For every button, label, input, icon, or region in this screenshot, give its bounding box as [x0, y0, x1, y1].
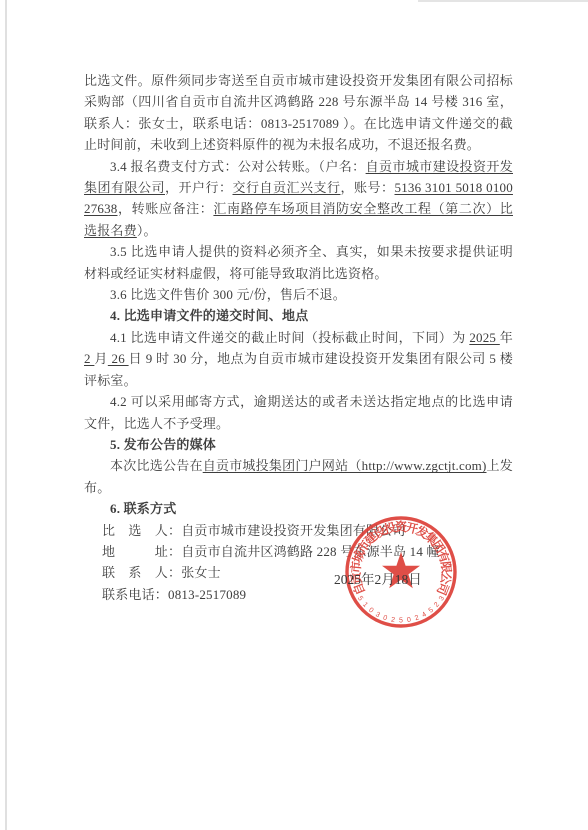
- text-4-1-sep2: 月: [94, 351, 107, 366]
- contact-label: 联 系 人：: [102, 565, 181, 580]
- scan-edge-left: [5, 0, 7, 830]
- deadline-year: 2025: [469, 330, 499, 345]
- deadline-day: 26: [108, 351, 129, 366]
- text-5-lead: 本次比选公告在: [110, 458, 203, 473]
- text-3-4-sep2: ，账号：: [341, 180, 395, 195]
- text-4-1-lead: 4.1 比选申请文件递交的截止时间（投标截止时间，下同）为: [110, 330, 469, 345]
- contact-label: 联系电话：: [102, 587, 168, 602]
- deadline-month: 2: [84, 351, 94, 366]
- text-3-4-sep3: ，转账应备注：: [118, 201, 214, 216]
- text-3-4-lead: 3.4 报名费支付方式：公对公转账。（户名：: [110, 159, 366, 174]
- announcement-website: 自贡市城投集团门户网站（http://www.zgctjt.com): [203, 458, 487, 473]
- contact-value: 0813-2517089: [168, 587, 246, 602]
- text-3-4-tail: ）。: [137, 223, 157, 238]
- paragraph-4-1: 4.1 比选申请文件递交的截止时间（投标截止时间，下同）为 2025 年 2 月…: [84, 327, 513, 391]
- issue-date: 2025年2月18日: [334, 568, 422, 588]
- contact-label: 比 选 人：: [102, 523, 181, 538]
- section-4-heading: 4. 比选申请文件的递交时间、地点: [84, 305, 513, 326]
- text-4-1-tail: 日 9 时 30 分，地点为自贡市城市建设投资开发集团有限公司 5 楼评标室。: [84, 351, 513, 387]
- paragraph-3-4: 3.4 报名费支付方式：公对公转账。（户名：自贡市城市建设投资开发集团有限公司，…: [84, 156, 513, 242]
- scan-edge-top: [418, 0, 588, 2]
- paragraph-4-2: 4.2 可以采用邮寄方式，逾期送达的或者未送达指定地点的比选申请文件，比选人不予…: [84, 391, 513, 434]
- text-4-1-sep1: 年: [500, 330, 513, 345]
- seal-serial-char: 2: [414, 614, 420, 622]
- paragraph-3-5: 3.5 比选申请人提供的资料必须齐全、真实，如果未按要求提供证明材料或经证实材料…: [84, 241, 513, 284]
- contact-value: 张女士: [181, 565, 221, 580]
- payment-bank: 交行自贡汇兴支行: [233, 180, 341, 195]
- text-3-4-sep1: ，开户行：: [165, 180, 233, 195]
- seal-serial-char: 2: [390, 617, 395, 625]
- paragraph-intro: 比选文件。原件须同步寄送至自贡市城市建设投资开发集团有限公司招标采购部（四川省自…: [84, 70, 513, 156]
- seal-serial-char: 5: [399, 618, 403, 625]
- paragraph-5-body: 本次比选公告在自贡市城投集团门户网站（http://www.zgctjt.com…: [84, 455, 513, 498]
- paragraph-3-6: 3.6 比选文件售价 300 元/份，售后不退。: [84, 284, 513, 305]
- contact-label: 地 址：: [102, 544, 181, 559]
- section-5-heading: 5. 发布公告的媒体: [84, 434, 513, 455]
- seal-serial-char: 0: [382, 614, 388, 622]
- seal-serial-char: 0: [407, 617, 412, 625]
- scanned-document-page: 比选文件。原件须同步寄送至自贡市城市建设投资开发集团有限公司招标采购部（四川省自…: [0, 0, 588, 830]
